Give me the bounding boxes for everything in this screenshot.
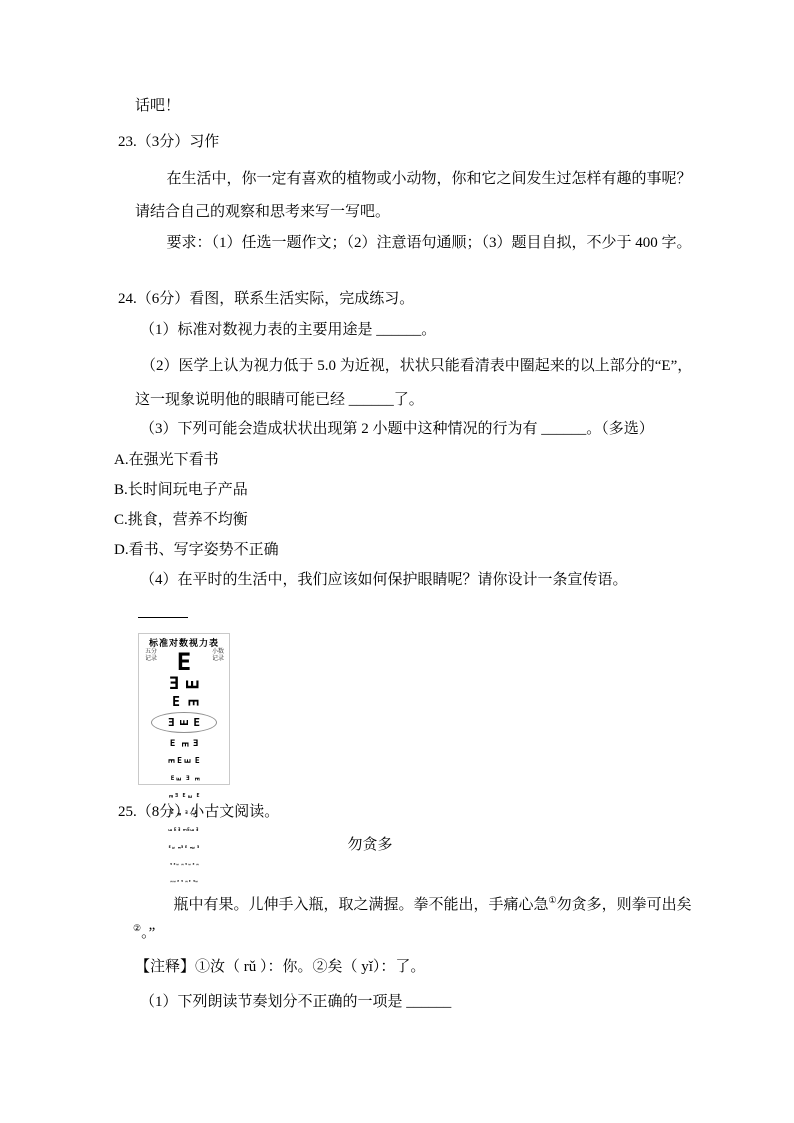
- tumbling-e-glyph-down: E: [184, 881, 187, 883]
- tumbling-e-glyph-up: E: [191, 829, 195, 831]
- question-24-sub4: （4）在平时的生活中，我们应该如何保护眼睛呢？请你设计一条宣传语。: [140, 568, 628, 589]
- tumbling-e-glyph-right: E: [189, 880, 191, 883]
- eye-chart-row: EEE: [139, 712, 229, 733]
- tumbling-e-glyph-down: E: [167, 759, 175, 764]
- tumbling-e-glyph-down: E: [181, 864, 184, 866]
- tumbling-e-glyph-left: E: [175, 794, 178, 799]
- tumbling-e-glyph-down: E: [167, 795, 172, 798]
- tumbling-e-glyph-left: E: [193, 740, 198, 749]
- tumbling-e-glyph-up: E: [186, 679, 203, 689]
- tumbling-e-glyph-left: E: [178, 828, 180, 832]
- question-23-paragraph: 在生活中，你一定有喜欢的植物或小动物，你和它之间发生过怎样有趣的事呢？请结合自己…: [135, 163, 693, 229]
- tumbling-e-glyph-right: E: [172, 696, 180, 709]
- question-24-option-c: C.挑食，营养不均衡: [114, 508, 248, 529]
- answer-blank-rule: [138, 617, 188, 618]
- tumbling-e-glyph-right: E: [171, 776, 175, 782]
- tumbling-e-glyph-right: E: [177, 757, 182, 765]
- tumbling-e-glyph-left: E: [168, 717, 175, 728]
- tumbling-e-glyph-up: E: [179, 719, 190, 726]
- eye-chart-circle-highlight: EEE: [151, 712, 217, 733]
- tumbling-e-glyph-right: E: [170, 740, 175, 749]
- question-24-sub1: （1）标准对数视力表的主要用途是 ______。: [140, 318, 436, 339]
- classical-passage: 瓶中有果。儿伸手入瓶，取之满握。拳不能出，手痛心急①勿贪多，则拳可出矣②。”: [133, 891, 693, 947]
- tumbling-e-glyph-down: E: [179, 742, 188, 747]
- eye-chart-row: EEEE: [139, 752, 229, 767]
- note-ref-2: ②: [133, 923, 141, 933]
- tumbling-e-glyph-right: E: [182, 794, 185, 799]
- passage-notes: 【注释】①汝（ rǔ ）：你。②矣（ yǐ）：了。: [135, 955, 425, 976]
- tumbling-e-glyph-right: E: [177, 650, 191, 674]
- eye-chart-row: EE: [139, 676, 229, 693]
- tumbling-e-glyph-right: E: [193, 717, 200, 728]
- tumbling-e-glyph-up: E: [173, 881, 176, 883]
- question-24-option-a: A.在强光下看书: [114, 448, 219, 469]
- tumbling-e-glyph-left: E: [170, 863, 172, 866]
- eye-chart-left-label: 五分 记录: [145, 649, 157, 663]
- tumbling-e-glyph-up: E: [184, 759, 192, 764]
- eye-chart-figure: 标准对数视力表 五分 记录 小数 记录 EEEEEEEEEEEEEEEEEEEE…: [138, 633, 230, 785]
- passage-title: 勿贪多: [50, 833, 690, 854]
- tumbling-e-glyph-up: E: [169, 829, 173, 831]
- eye-chart-row: EE: [139, 695, 229, 710]
- tumbling-e-glyph-up: E: [188, 864, 191, 866]
- eye-chart-title: 标准对数视力表: [139, 638, 229, 648]
- eye-chart-right-label: 小数 记录: [212, 649, 224, 663]
- tumbling-e-glyph-left: E: [186, 776, 190, 782]
- passage-part2: 勿贪多，则拳可出矣: [557, 897, 692, 913]
- eye-chart-row: EEEEE: [139, 786, 229, 801]
- exam-paper-page: 话吧！ 23.（3分）习作 在生活中，你一定有喜欢的植物或小动物，你和它之间发生…: [0, 0, 794, 1123]
- question-24-option-d: D.看书、写字姿势不正确: [114, 538, 279, 559]
- tumbling-e-glyph-right: E: [193, 863, 195, 866]
- carryover-text: 话吧！: [135, 94, 180, 115]
- tumbling-e-glyph-right: E: [174, 828, 176, 832]
- tumbling-e-glyph-right: E: [177, 880, 179, 883]
- question-25-number: 25.（8分）小古文阅读。: [118, 800, 279, 821]
- question-23-number: 23.（3分）习作: [118, 130, 219, 151]
- question-24-option-b: B.长时间玩电子产品: [114, 478, 248, 499]
- question-24-sub2: （2）医学上认为视力低于 5.0 为近视，状状只能看清表中圈起来的以上部分的“E…: [135, 349, 695, 417]
- question-25-sub1: （1）下列朗读节奏划分不正确的一项是 ______: [140, 990, 451, 1011]
- question-23-requirements: 要求：（1）任选一题作文；（2）注意语句通顺；（3）题目自拟，不少于 400 字…: [135, 227, 693, 260]
- tumbling-e-glyph-left: E: [196, 828, 198, 832]
- tumbling-e-glyph-right: E: [195, 757, 200, 765]
- tumbling-e-glyph-right: E: [197, 794, 200, 799]
- eye-chart-row: EEEE: [139, 769, 229, 784]
- question-24-sub3: （3）下列可能会造成状状出现第 2 小题中这种情况的行为有 ______。（多选…: [140, 417, 654, 438]
- tumbling-e-glyph-left: E: [181, 880, 183, 883]
- eye-chart-row: EEEEEEEE: [139, 854, 229, 869]
- tumbling-e-glyph-up: E: [177, 777, 183, 781]
- tumbling-e-glyph-down: E: [182, 829, 186, 831]
- tumbling-e-glyph-left: E: [169, 676, 179, 693]
- question-24-number: 24.（6分）看图，联系生活实际，完成练习。: [118, 287, 414, 308]
- tumbling-e-glyph-down: E: [185, 699, 198, 707]
- note-ref-1: ①: [549, 895, 557, 905]
- passage-part1: 瓶中有果。儿伸手入瓶，取之满握。拳不能出，手痛心急: [174, 897, 549, 913]
- passage-part3: 。”: [141, 925, 155, 941]
- tumbling-e-glyph-down: E: [192, 777, 198, 781]
- eye-chart-row: EEEEEEEE: [139, 871, 229, 886]
- eye-chart-row: EEE: [139, 735, 229, 750]
- tumbling-e-glyph-up: E: [189, 795, 194, 798]
- tumbling-e-glyph-up: E: [196, 881, 199, 883]
- tumbling-e-glyph-up: E: [177, 864, 180, 866]
- tumbling-e-glyph-down: E: [196, 864, 199, 866]
